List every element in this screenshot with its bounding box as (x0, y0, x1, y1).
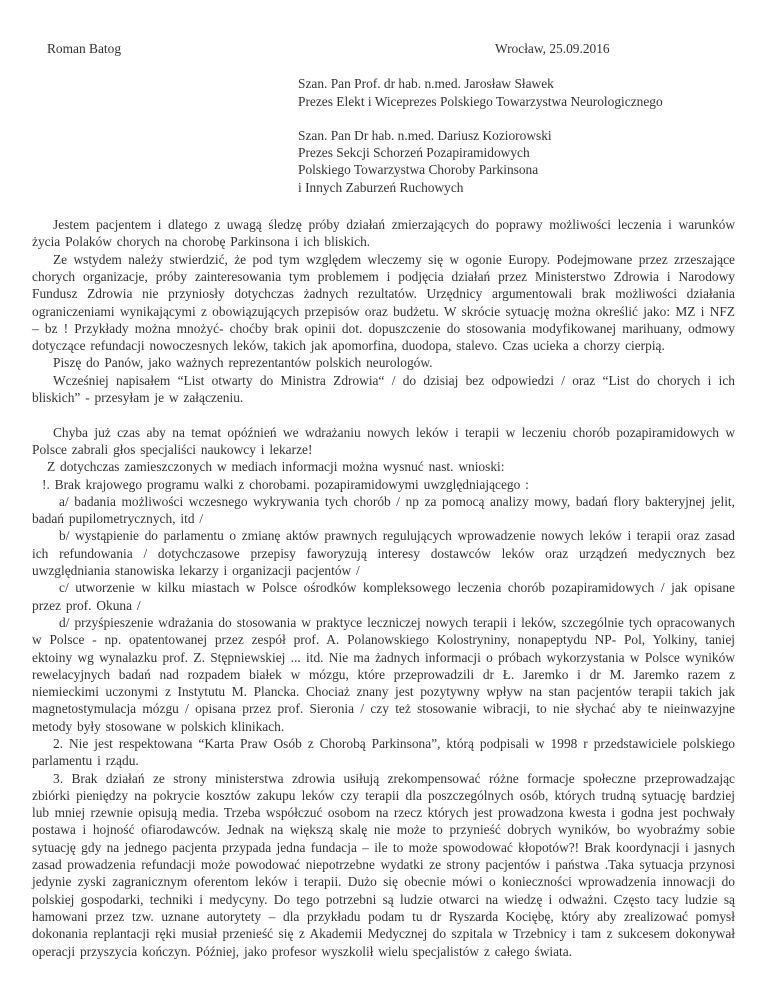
body-paragraph-point-1d: d/ przyśpieszenie wdrażania do stosowani… (32, 614, 735, 735)
body-paragraph-addressing: Piszę do Panów, jako ważnych reprezentan… (32, 354, 735, 371)
letter-body: Jestem pacjentem i dlatego z uwagą śledz… (32, 216, 735, 960)
letter-header: Roman Batog Wrocław, 25.09.2016 (32, 40, 735, 57)
sender-name: Roman Batog (47, 40, 121, 57)
recipient-title: Prezes Sekcji Schorzeń Pozapiramidowych (298, 144, 735, 161)
body-paragraph-point-2: 2. Nie jest respektowana “Karta Praw Osó… (32, 735, 735, 770)
place-and-date: Wrocław, 25.09.2016 (495, 40, 610, 57)
recipient-name: Szan. Pan Dr hab. n.med. Dariusz Kozioro… (298, 127, 735, 144)
recipient-name: Szan. Pan Prof. dr hab. n.med. Jarosław … (298, 75, 735, 92)
document-page: Roman Batog Wrocław, 25.09.2016 Szan. Pa… (0, 0, 768, 994)
recipient-title: i Innych Zaburzeń Ruchowych (298, 179, 735, 196)
recipient-title: Polskiego Towarzystwa Choroby Parkinsona (298, 161, 735, 178)
recipient-title: Prezes Elekt i Wiceprezes Polskiego Towa… (298, 93, 735, 110)
recipient-block-koziorowski: Szan. Pan Dr hab. n.med. Dariusz Kozioro… (298, 127, 735, 196)
body-paragraph-point-1: !. Brak krajowego programu walki z choro… (32, 476, 735, 493)
body-paragraph-intro: Jestem pacjentem i dlatego z uwagą śledz… (32, 216, 735, 251)
body-paragraph-point-1c: c/ utworzenie w kilku miastach w Polsce … (32, 579, 735, 614)
body-paragraph-earlier-letters: Wcześniej napisałem “List otwarty do Min… (32, 372, 735, 407)
body-paragraph-point-1a: a/ badania możliwości wczesnego wykrywan… (32, 493, 735, 528)
body-paragraph-point-1b: b/ wystąpienie do parlamentu o zmianę ak… (32, 527, 735, 579)
body-paragraph-conclusions-intro: Z dotychczas zamieszczonych w mediach in… (32, 458, 735, 475)
body-paragraph-call-to-experts: Chyba już czas aby na temat opóźnień we … (32, 424, 735, 459)
body-paragraph-shame: Ze wstydem należy stwierdzić, że pod tym… (32, 251, 735, 355)
recipient-block-slawek: Szan. Pan Prof. dr hab. n.med. Jarosław … (298, 75, 735, 110)
body-paragraph-point-3: 3. Brak działań ze strony ministerstwa z… (32, 770, 735, 960)
